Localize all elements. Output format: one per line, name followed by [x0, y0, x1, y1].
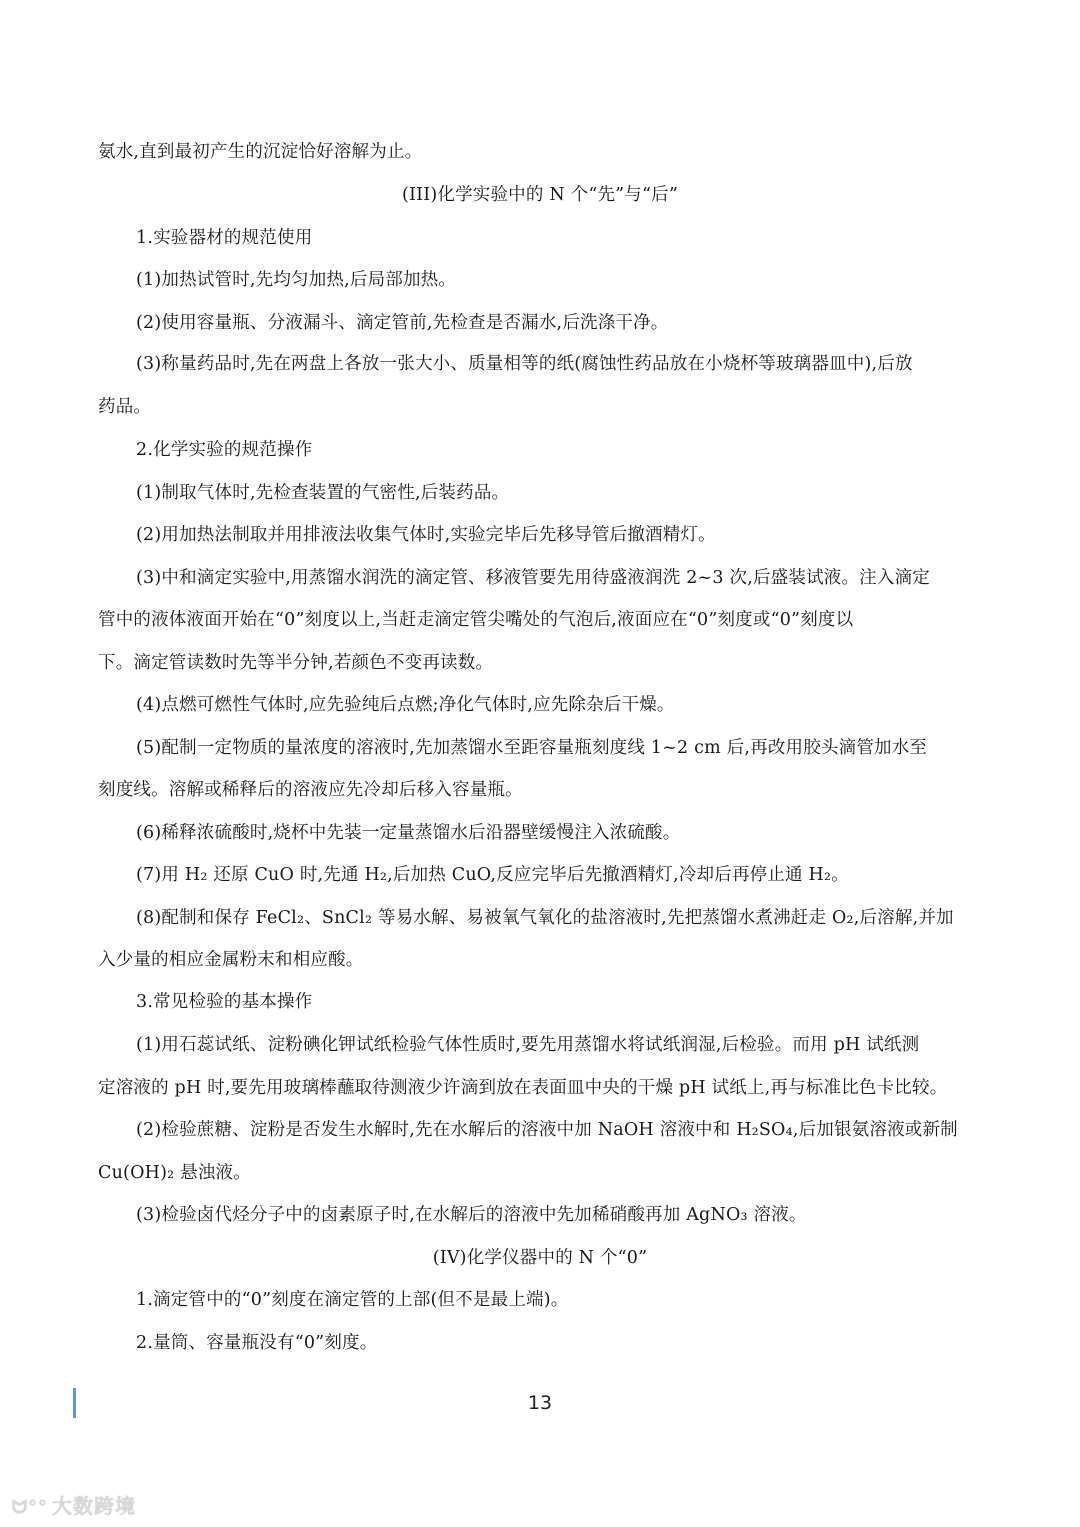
- paragraph: (4)点燃可燃性气体时,应先验纯后点燃;净化气体时,应先除杂后干燥。: [136, 693, 1026, 717]
- paragraph: (6)稀释浓硫酸时,烧杯中先装一定量蒸馏水后沿器壁缓慢注入浓硫酸。: [136, 821, 1026, 845]
- paragraph: 定溶液的 pH 时,要先用玻璃棒蘸取待测液少许滴到放在表面皿中央的干燥 pH 试…: [98, 1076, 988, 1100]
- paragraph: (3)称量药品时,先在两盘上各放一张大小、质量相等的纸(腐蚀性药品放在小烧杯等玻…: [136, 352, 1026, 376]
- paragraph: 药品。: [98, 395, 988, 419]
- paragraph: (7)用 H₂ 还原 CuO 时,先通 H₂,后加热 CuO,反应完毕后先撤酒精…: [136, 863, 1026, 887]
- watermark-text: 大数跨境: [52, 1494, 136, 1518]
- subsection-heading-2: 2.化学实验的规范操作: [136, 438, 1026, 462]
- paragraph: (2)使用容量瓶、分液漏斗、滴定管前,先检查是否漏水,后洗涤干净。: [136, 311, 1026, 335]
- watermark-logo-icon: ᗢ°°: [12, 1497, 48, 1518]
- section-heading-iii: (III)化学实验中的 N 个“先”与“后”: [0, 183, 1080, 207]
- paragraph: Cu(OH)₂ 悬浊液。: [98, 1161, 988, 1185]
- subsection-heading-3: 3.常见检验的基本操作: [136, 990, 1026, 1014]
- paragraph: (1)加热试管时,先均匀加热,后局部加热。: [136, 268, 1026, 292]
- section-heading-iv: (IV)化学仪器中的 N 个“0”: [0, 1246, 1080, 1270]
- paragraph: 下。滴定管读数时先等半分钟,若颜色不变再读数。: [98, 651, 988, 675]
- paragraph: 入少量的相应金属粉末和相应酸。: [98, 948, 988, 972]
- paragraph: (1)用石蕊试纸、淀粉碘化钾试纸检验气体性质时,要先用蒸馏水将试纸润湿,后检验。…: [136, 1033, 1026, 1057]
- paragraph: (8)配制和保存 FeCl₂、SnCl₂ 等易水解、易被氧气氧化的盐溶液时,先把…: [136, 906, 1026, 930]
- document-page: 氨水,直到最初产生的沉淀恰好溶解为止。 (III)化学实验中的 N 个“先”与“…: [0, 0, 1080, 1527]
- paragraph: (3)中和滴定实验中,用蒸馏水润洗的滴定管、移液管要先用待盛液润洗 2~3 次,…: [136, 566, 1026, 590]
- paragraph: 2.量筒、容量瓶没有“0”刻度。: [136, 1331, 1026, 1355]
- watermark: ᗢ°°大数跨境: [12, 1490, 136, 1519]
- paragraph: 1.滴定管中的“0”刻度在滴定管的上部(但不是最上端)。: [136, 1288, 1026, 1312]
- paragraph: (3)检验卤代烃分子中的卤素原子时,在水解后的溶液中先加稀硝酸再加 AgNO₃ …: [136, 1203, 1026, 1227]
- paragraph: (1)制取气体时,先检查装置的气密性,后装药品。: [136, 481, 1026, 505]
- paragraph: (2)检验蔗糖、淀粉是否发生水解时,先在水解后的溶液中加 NaOH 溶液中和 H…: [136, 1118, 1026, 1142]
- page-number: 13: [0, 1392, 1080, 1414]
- paragraph: (5)配制一定物质的量浓度的溶液时,先加蒸馏水至距容量瓶刻度线 1~2 cm 后…: [136, 736, 1026, 760]
- subsection-heading-1: 1.实验器材的规范使用: [136, 226, 1026, 250]
- paragraph: 管中的液体液面开始在“0”刻度以上,当赶走滴定管尖嘴处的气泡后,液面应在“0”刻…: [98, 608, 988, 632]
- paragraph: (2)用加热法制取并用排液法收集气体时,实验完毕后先移导管后撤酒精灯。: [136, 523, 1026, 547]
- paragraph-continuation: 氨水,直到最初产生的沉淀恰好溶解为止。: [98, 140, 988, 164]
- paragraph: 刻度线。溶解或稀释后的溶液应先冷却后移入容量瓶。: [98, 778, 988, 802]
